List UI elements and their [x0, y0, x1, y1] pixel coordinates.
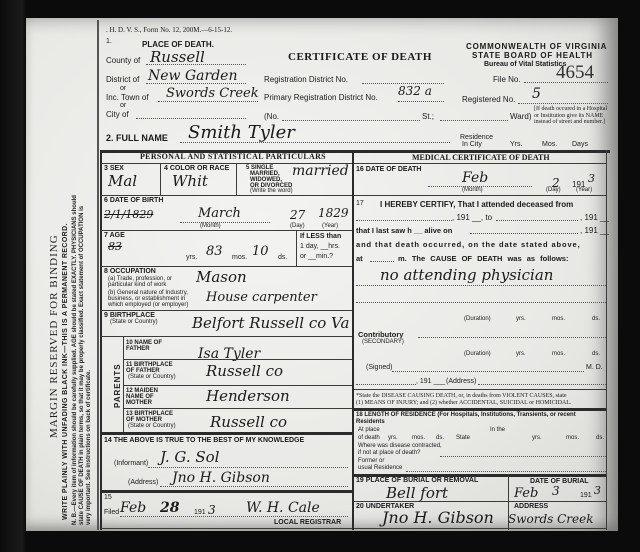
father-birthplace-value[interactable]: Russell co — [206, 362, 283, 380]
hospital-note: [If death occured in a Hospital or Insti… — [534, 106, 610, 126]
registered-no-dots — [518, 103, 608, 104]
registrar-signature[interactable]: W. H. Cale — [246, 500, 320, 516]
residence-mos-label: Mos. — [542, 141, 557, 148]
death-at-dots — [370, 261, 394, 262]
burial-place-value[interactable]: Bell fort — [386, 484, 448, 502]
father-birthplace-label: 11 BIRTHPLACE OF FATHER — [126, 362, 174, 374]
contributory-label: Contributory — [358, 330, 403, 339]
margin-nb-line3: very important. See instructions on back… — [86, 370, 92, 525]
row-rule-1 — [100, 195, 352, 196]
town-label: Inc. Town of — [106, 93, 149, 102]
personal-heading: PERSONAL AND STATISTICAL PARTICULARS — [140, 152, 326, 161]
informant-address-value[interactable]: Jno H. Gibson — [172, 470, 270, 486]
last-saw-label: that I last saw h __ alive on — [356, 226, 452, 235]
birthplace-label: 9 BIRTHPLACE — [104, 312, 155, 319]
mother-birthplace-label: 13 BIRTHPLACE OF MOTHER — [126, 411, 174, 423]
occupation-a-value[interactable]: Mason — [196, 268, 247, 286]
attended-to-191: , 191 __ — [580, 213, 609, 222]
duration-yrs-1: yrs. — [516, 316, 526, 322]
in-the-label: In the — [490, 427, 505, 433]
informant-heading: 14 THE ABOVE IS TRUE TO THE BEST OF MY K… — [104, 437, 304, 444]
occupation-b-label: (b) General nature of Industry, business… — [108, 290, 200, 308]
occupation-label: 8 OCCUPATION — [104, 268, 156, 275]
table-right-rule — [606, 150, 607, 530]
filed-number: 15 — [104, 494, 112, 501]
sex-label: 3 SEX — [104, 165, 124, 172]
birthplace-sublabel: (State or Country) — [110, 319, 158, 325]
medical-rule-3 — [354, 408, 606, 411]
less-than-line-2: 1 day, __hrs. — [300, 243, 340, 250]
contracted-dots — [440, 456, 606, 457]
full-name-value[interactable]: Smith Tyler — [188, 122, 295, 143]
row-rule-2 — [100, 230, 352, 231]
signed-dots — [392, 371, 584, 372]
md-label: M. D. — [586, 364, 603, 371]
age-divider — [296, 230, 297, 266]
cause-of-death-value[interactable]: no attending physician — [380, 266, 553, 284]
duration-ds-2: ds. — [592, 351, 600, 357]
bottom-rule-left — [100, 528, 352, 529]
row-rule-4 — [100, 310, 352, 311]
state-label: State — [456, 435, 470, 441]
margin-nb-line2: state CAUSE OF DEATH in plain terms, so … — [79, 206, 85, 525]
margin-nb-line1: N. B.—Every item of information should b… — [72, 195, 78, 525]
former-residence-label-1: Former or — [358, 458, 384, 464]
filed-day[interactable]: 28 — [160, 500, 179, 516]
dod-year-caption: (Year) — [576, 187, 592, 193]
sex-value[interactable]: Mal — [108, 172, 137, 190]
county-value[interactable]: Russell — [150, 48, 205, 66]
mother-maiden-label: 12 MAIDEN NAME OF MOTHER — [126, 388, 174, 406]
authority-line-3: Bureau of Vital Statistics — [484, 61, 566, 68]
race-divider — [236, 163, 237, 195]
parents-divider — [123, 336, 124, 432]
age-ds-label: ds. — [278, 254, 287, 261]
dob-label: 6 DATE OF BIRTH — [104, 197, 163, 204]
table-left-rule — [100, 150, 102, 530]
mother-maiden-value[interactable]: Henderson — [206, 387, 290, 405]
registered-no-label: Registered No. — [462, 95, 515, 104]
signed-label: (Signed) — [366, 364, 392, 371]
certificate-title: CERTIFICATE OF DEATH — [288, 51, 432, 63]
section-1-number: 1. — [106, 38, 112, 45]
marital-value[interactable]: married — [292, 163, 349, 179]
dob-day-caption: (Day) — [290, 223, 305, 229]
certify-number: 17 — [356, 200, 364, 207]
cause-of-death-label: m. The CAUSE OF DEATH was as follows: — [398, 254, 568, 263]
dob-month-caption: (Month) — [200, 223, 221, 229]
residence-days-label: Days — [572, 141, 588, 148]
county-label: County of — [106, 56, 140, 65]
place-yrs-label: yrs. — [388, 435, 398, 441]
footnote-line-1: *State the DISEASE CAUSING DEATH, or, in… — [356, 393, 567, 399]
signed-191: , 191 ___ — [416, 378, 445, 385]
secondary-label: (SECONDARY) — [362, 339, 404, 345]
informant-value[interactable]: J. G. Sol — [160, 448, 219, 466]
city-label: City of — [106, 110, 129, 119]
row-rule-5 — [100, 336, 352, 337]
duration-label-2: (Duration) — [464, 351, 491, 357]
birthplace-value[interactable]: Belfort Russell co Va — [192, 314, 349, 332]
age-months[interactable]: 10 — [252, 244, 269, 259]
md-address-label: (Address) — [446, 378, 476, 385]
medical-rule-2 — [354, 389, 606, 390]
duration-mos-1: mos. — [552, 316, 565, 322]
primary-registration-dots — [398, 101, 444, 102]
street-label: St.; — [422, 112, 434, 121]
dod-year-suffix[interactable]: 3 — [588, 172, 595, 185]
medical-heading-rule — [354, 163, 606, 164]
file-no-value[interactable]: 4654 — [556, 62, 594, 84]
dob-day[interactable]: 27 — [290, 208, 305, 222]
full-name-label: 2. FULL NAME — [106, 133, 168, 143]
filed-dots — [120, 516, 348, 517]
at-place-label: At place — [358, 427, 380, 433]
contracted-label-1: Where was disease contracted, — [358, 443, 442, 449]
age-mos-label: mos. — [232, 254, 247, 261]
local-registrar-label: LOCAL REGISTRAR — [274, 519, 341, 526]
dod-day-caption: (Day) — [546, 187, 561, 193]
form-number: . H. D. V. S., Form No. 12, 200M.—6-15-1… — [106, 26, 232, 34]
dod-month-caption: (Month) — [462, 187, 483, 193]
filed-year-prefix: 191 — [194, 509, 206, 516]
primary-registration-value[interactable]: 832 a — [398, 84, 432, 98]
district-value[interactable]: New Garden — [148, 68, 237, 84]
attended-to-dots — [496, 220, 578, 221]
margin-ink-text: WRITE PLAINLY WITH UNFADING BLACK INK—TH… — [62, 223, 69, 520]
undertaker-address-label: ADDRESS — [514, 503, 548, 510]
mother-birthplace-value[interactable]: Russell co — [210, 413, 287, 431]
authority-line-2: STATE BOARD OF HEALTH — [472, 51, 593, 60]
residence-in-city-label: In City — [462, 141, 482, 148]
age-years[interactable]: 83 — [206, 244, 223, 259]
column-divider — [352, 150, 354, 530]
street-dots — [440, 120, 508, 121]
authority-line-1: COMMONWEALTH OF VIRGINIA — [466, 42, 607, 51]
registered-no-value[interactable]: 5 — [532, 86, 541, 102]
last-saw-dots — [470, 233, 578, 234]
age-struck-value: 83 — [108, 240, 122, 253]
burial-year-suffix[interactable]: 3 — [594, 484, 601, 497]
file-no-label: File No. — [493, 75, 521, 84]
parents-rule-1 — [123, 359, 352, 360]
filed-label: Filed — [104, 509, 119, 516]
dob-year[interactable]: 1829 — [318, 206, 349, 220]
registration-district-label: Registration District No. — [264, 75, 348, 84]
dob-year-caption: (Year) — [322, 223, 338, 229]
state-ds-label: ds. — [596, 435, 604, 441]
occupation-b-value[interactable]: House carpenter — [206, 290, 317, 305]
father-birthplace-sublabel: (State or Country) — [128, 374, 176, 380]
informant-address-dots — [160, 486, 348, 487]
informant-label: (Informant) — [114, 460, 148, 467]
town-dots — [158, 101, 258, 102]
town-value[interactable]: Swords Creek — [166, 86, 259, 101]
margin-binding-text: MARGIN RESERVED FOR BINDING — [48, 234, 60, 438]
place-ds-label: ds. — [436, 435, 444, 441]
date-of-death-label: 16 DATE OF DEATH — [356, 166, 421, 173]
street-no-label: (No. — [264, 112, 279, 121]
dob-month-dots — [180, 222, 270, 223]
place-mos-label: mos. — [412, 435, 425, 441]
less-than-line-1: If LESS than — [300, 233, 341, 240]
former-residence-label-2: usual Residence — [358, 465, 402, 471]
marital-label-5: (Write the word) — [250, 188, 293, 194]
burial-year-prefix: 191 — [580, 492, 592, 499]
margin-rule — [97, 20, 99, 530]
city-dots — [136, 118, 246, 119]
last-saw-191: , 191 __ — [580, 226, 609, 235]
filed-month[interactable]: Feb — [120, 500, 146, 516]
less-than-line-3: or __min.? — [300, 253, 333, 260]
street-no-dots — [282, 120, 420, 121]
death-at-label: at — [356, 254, 363, 263]
footnote-line-2: (1) MEANS OF INJURY; and (2) whether ACC… — [356, 400, 571, 406]
duration-label-1: (Duration) — [464, 316, 491, 322]
race-value[interactable]: Whit — [172, 172, 208, 190]
row-rule-7 — [100, 490, 352, 493]
state-yrs-label: yrs. — [532, 435, 542, 441]
medical-rule-5 — [354, 501, 606, 502]
father-name-label: 10 NAME OF FATHER — [126, 340, 164, 352]
district-label: District of — [106, 75, 139, 84]
residence-length-heading: 18 LENGTH OF RESIDENCE (For Hospitals, I… — [356, 412, 606, 425]
signed-date-dots — [356, 384, 416, 385]
dob-struck-value: 2/1/1829 — [104, 208, 153, 221]
medical-heading: MEDICAL CERTIFICATE OF DEATH — [412, 153, 550, 162]
parents-rule-3 — [123, 408, 352, 409]
occupation-a-label: (a) Trade, profession, or particular kin… — [108, 276, 190, 288]
or-label-2: or — [120, 102, 126, 109]
undertaker-value[interactable]: Jno H. Gibson — [382, 508, 494, 527]
death-occurred-text: and that death occurred, on the date sta… — [356, 240, 581, 249]
age-label: 7 AGE — [104, 232, 125, 239]
certify-text: I HEREBY CERTIFY, That I attended deceas… — [380, 200, 573, 209]
primary-registration-label: Primary Registration District No. — [264, 93, 378, 102]
medical-rule-1 — [354, 195, 606, 196]
row-rule-6 — [100, 432, 352, 435]
burial-day[interactable]: 3 — [552, 484, 560, 498]
of-death-label: of death — [358, 435, 380, 441]
duration-yrs-2: yrs. — [516, 351, 526, 357]
mother-birthplace-sublabel: (State or Country) — [128, 423, 176, 429]
row-rule-3 — [100, 266, 352, 267]
former-residence-dots — [406, 471, 606, 472]
residence-yrs-label: Yrs. — [510, 141, 522, 148]
bottom-rule-right — [354, 528, 606, 529]
race-label: 4 COLOR OR RACE — [164, 165, 229, 172]
date-of-death-month[interactable]: Feb — [462, 170, 488, 186]
md-address-dots — [478, 384, 606, 385]
undertaker-address-value[interactable]: Swords Creek — [508, 512, 594, 526]
residence-label: Residence — [460, 134, 493, 141]
ward-label: Ward) — [510, 112, 531, 121]
parents-rule-2 — [123, 385, 352, 386]
cause-dots-1 — [356, 285, 606, 286]
or-label-1: or — [120, 85, 126, 92]
burial-place-label: 19 PLACE OF BURIAL OR REMOVAL — [356, 477, 478, 484]
contracted-label-2: if not at place of death? — [358, 450, 420, 456]
parents-label: PARENTS — [113, 363, 122, 408]
attended-from-191: , 191 __, to — [452, 213, 492, 222]
state-mos-label: mos. — [566, 435, 579, 441]
informant-dots — [148, 467, 348, 468]
sex-divider — [160, 163, 161, 195]
duration-ds-1: ds. — [592, 316, 600, 322]
age-yrs-label: yrs. — [186, 254, 197, 261]
filed-year-suffix[interactable]: 3 — [208, 503, 216, 517]
contributory-dots — [418, 337, 606, 338]
duration-mos-2: mos. — [552, 351, 565, 357]
burial-month[interactable]: Feb — [514, 486, 538, 501]
dob-month[interactable]: March — [198, 206, 241, 221]
attended-from-dots — [356, 220, 452, 221]
cause-dots-2 — [356, 302, 606, 303]
informant-address-label: (Address) — [128, 479, 158, 486]
